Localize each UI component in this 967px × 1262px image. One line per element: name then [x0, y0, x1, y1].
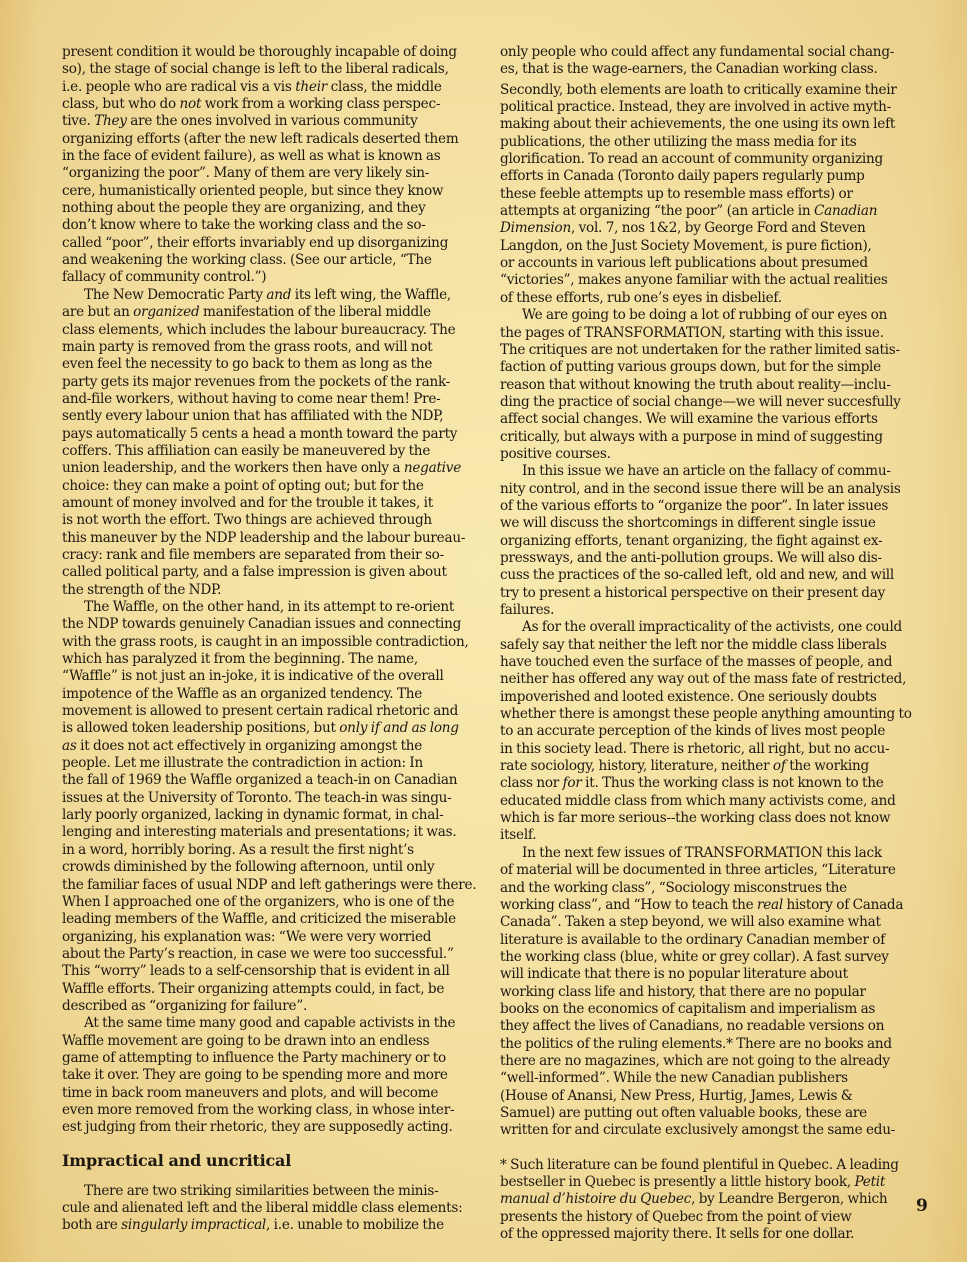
text-line: political practice. Instead, they are in…: [500, 99, 924, 116]
text-line: try to present a historical perspective …: [500, 585, 924, 602]
text-line: est judging from their rhetoric, they ar…: [62, 1119, 474, 1136]
text-line: class nor for it. Thus the working class…: [500, 775, 924, 792]
text-line: At the same time many good and capable a…: [62, 1015, 474, 1032]
text-line: we will discuss the shortcomings in diff…: [500, 515, 924, 532]
text-line: there are no magazines, which are not go…: [500, 1053, 924, 1070]
text-line: of the oppressed majority there. It sell…: [500, 1226, 924, 1243]
section-heading: Impractical and uncritical: [62, 1151, 474, 1171]
text-line: the working class (blue, white or grey c…: [500, 949, 924, 966]
text-line: union leadership, and the workers then h…: [62, 460, 474, 477]
magazine-page: present condition it would be thoroughly…: [0, 0, 967, 1262]
text-line: described as “organizing for failure”.: [62, 998, 474, 1015]
text-line: working class life and history, that the…: [500, 984, 924, 1001]
text-line: attempts at organizing “the poor” (an ar…: [500, 203, 924, 220]
paragraph: As for the overall impracticality of the…: [500, 619, 924, 844]
text-line: both are singularly impractical, i.e. un…: [62, 1217, 474, 1234]
text-line: faction of putting various groups down, …: [500, 359, 924, 376]
text-line: Samuel) are putting out often valuable b…: [500, 1105, 924, 1122]
text-line: The Waffle, on the other hand, in its at…: [62, 599, 474, 616]
text-line: and the working class”, “Sociology misco…: [500, 880, 924, 897]
text-line: books on the economics of capitalism and…: [500, 1001, 924, 1018]
text-line: which is far more serious--the working c…: [500, 810, 924, 827]
text-line: Dimension, vol. 7, nos 1&2, by George Fo…: [500, 220, 924, 237]
text-line: the familiar faces of usual NDP and left…: [62, 877, 474, 894]
text-line: in the face of evident failure), as well…: [62, 148, 474, 165]
text-line: working class”, and “How to teach the re…: [500, 897, 924, 914]
paragraph: Secondly, both elements are loath to cri…: [500, 82, 924, 307]
page-number: 9: [916, 1196, 928, 1216]
text-line: presents the history of Quebec from the …: [500, 1209, 924, 1226]
italic-text: only if and as long: [339, 720, 459, 736]
text-line: the NDP towards genuinely Canadian issue…: [62, 616, 474, 633]
text-line: The New Democratic Party and its left wi…: [62, 287, 474, 304]
text-line: people. Let me illustrate the contradict…: [62, 755, 474, 772]
italic-text: as: [62, 738, 77, 754]
text-line: The critiques are not undertaken for the…: [500, 342, 924, 359]
text-line: impotence of the Waffle as an organized …: [62, 686, 474, 703]
text-line: positive courses.: [500, 446, 924, 463]
paragraph: only people who could affect any fundame…: [500, 44, 924, 79]
text-line: making about their achievements, the one…: [500, 116, 924, 133]
text-line: game of attempting to influence the Part…: [62, 1050, 474, 1067]
text-line: pays automatically 5 cents a head a mont…: [62, 426, 474, 443]
text-line: organizing efforts (after the new left r…: [62, 131, 474, 148]
paragraph: We are going to be doing a lot of rubbin…: [500, 307, 924, 463]
text-line: with the grass roots, is caught in an im…: [62, 634, 474, 651]
italic-text: not: [180, 96, 202, 112]
text-line: As for the overall impracticality of the…: [500, 619, 924, 636]
text-line: Canada”. Taken a step beyond, we will al…: [500, 914, 924, 931]
text-line: present condition it would be thoroughly…: [62, 44, 474, 61]
text-line: will indicate that there is no popular l…: [500, 966, 924, 983]
paragraph: At the same time many good and capable a…: [62, 1015, 474, 1136]
text-line: coffers. This affiliation can easily be …: [62, 443, 474, 460]
text-line: itself.: [500, 827, 924, 844]
italic-text: manual d’histoire du Quebec: [500, 1191, 691, 1207]
text-line: main party is removed from the grass roo…: [62, 339, 474, 356]
text-line: party gets its major revenues from the p…: [62, 374, 474, 391]
text-line: affect social changes. We will examine t…: [500, 411, 924, 428]
text-line: the strength of the NDP.: [62, 582, 474, 599]
text-line: publications, the other utilizing the ma…: [500, 134, 924, 151]
text-line: have touched even the surface of the mas…: [500, 654, 924, 671]
paragraph: The New Democratic Party and its left wi…: [62, 287, 474, 599]
paragraph: The Waffle, on the other hand, in its at…: [62, 599, 474, 1015]
text-line: This “worry” leads to a self-censorship …: [62, 963, 474, 980]
italic-text: negative: [404, 460, 461, 476]
text-line: crowds diminished by the following after…: [62, 859, 474, 876]
text-line: about the Party’s reaction, in case we w…: [62, 946, 474, 963]
text-line: the fall of 1969 the Waffle organized a …: [62, 772, 474, 789]
text-line: the politics of the ruling elements.* Th…: [500, 1036, 924, 1053]
text-line: nothing about the people they are organi…: [62, 200, 474, 217]
paragraph: In the next few issues of TRANSFORMATION…: [500, 845, 924, 1140]
text-line: We are going to be doing a lot of rubbin…: [500, 307, 924, 324]
left-column: present condition it would be thoroughly…: [62, 44, 474, 1235]
paragraph: In this issue we have an article on the …: [500, 463, 924, 619]
text-line: in this society lead. There is rhetoric,…: [500, 741, 924, 758]
text-line: this maneuver by the NDP leadership and …: [62, 530, 474, 547]
text-line: movement is allowed to present certain r…: [62, 703, 474, 720]
text-line: glorification. To read an account of com…: [500, 151, 924, 168]
text-line: cule and alienated left and the liberal …: [62, 1200, 474, 1217]
text-line: Waffle movement are going to be drawn in…: [62, 1033, 474, 1050]
text-line: tive. They are the ones involved in vari…: [62, 113, 474, 130]
right-column: only people who could affect any fundame…: [500, 44, 924, 1243]
text-line: class elements, which includes the labou…: [62, 322, 474, 339]
text-line: There are two striking similarities betw…: [62, 1183, 474, 1200]
text-line: larly poorly organized, lacking in dynam…: [62, 807, 474, 824]
text-line: even more removed from the working class…: [62, 1102, 474, 1119]
text-line: these feeble attempts up to resemble mas…: [500, 186, 924, 203]
text-line: critically, but always with a purpose in…: [500, 429, 924, 446]
text-line: and-file workers, without having to come…: [62, 391, 474, 408]
text-line: cuss the practices of the so-called left…: [500, 567, 924, 584]
text-line: only people who could affect any fundame…: [500, 44, 924, 61]
text-line: (House of Anansi, New Press, Hurtig, Jam…: [500, 1088, 924, 1105]
text-line: reason that without knowing the truth ab…: [500, 377, 924, 394]
text-line: educated middle class from which many ac…: [500, 793, 924, 810]
text-line: * Such literature can be found plentiful…: [500, 1157, 924, 1174]
text-line: failures.: [500, 602, 924, 619]
italic-text: and: [266, 287, 291, 303]
text-line: leading members of the Waffle, and criti…: [62, 911, 474, 928]
text-line: Waffle efforts. Their organizing attempt…: [62, 981, 474, 998]
text-line: of the various efforts to “organize the …: [500, 498, 924, 515]
text-line: is allowed token leadership positions, b…: [62, 720, 474, 737]
text-line: In this issue we have an article on the …: [500, 463, 924, 480]
text-line: efforts in Canada (Toronto daily papers …: [500, 168, 924, 185]
text-line: class, but who do not work from a workin…: [62, 96, 474, 113]
text-line: literature is available to the ordinary …: [500, 932, 924, 949]
text-line: organizing, his explanation was: “We wer…: [62, 929, 474, 946]
text-line: whether there is amongst these people an…: [500, 706, 924, 723]
text-line: issues at the University of Toronto. The…: [62, 790, 474, 807]
text-line: “well-informed”. While the new Canadian …: [500, 1070, 924, 1087]
paragraph: present condition it would be thoroughly…: [62, 44, 474, 287]
text-line: take it over. They are going to be spend…: [62, 1067, 474, 1084]
text-line: ding the practice of social change—we wi…: [500, 394, 924, 411]
text-line: to an accurate perception of the kinds o…: [500, 723, 924, 740]
text-line: so), the stage of social change is left …: [62, 61, 474, 78]
text-line: “organizing the poor”. Many of them are …: [62, 165, 474, 182]
text-line: even feel the necessity to go back to th…: [62, 356, 474, 373]
text-line: are but an organized manifestation of th…: [62, 304, 474, 321]
text-line: sently every labour union that has affil…: [62, 408, 474, 425]
italic-text: their: [295, 79, 327, 95]
text-line: i.e. people who are radical vis a vis th…: [62, 79, 474, 96]
italic-text: organized: [133, 304, 199, 320]
text-line: and weakening the working class. (See ou…: [62, 252, 474, 269]
text-line: of material will be documented in three …: [500, 862, 924, 879]
text-line: impoverished and looted existence. One s…: [500, 689, 924, 706]
text-line: the pages of TRANSFORMATION, starting wi…: [500, 325, 924, 342]
paragraph: There are two striking similarities betw…: [62, 1183, 474, 1235]
text-line: choice: they can make a point of opting …: [62, 478, 474, 495]
text-line: don’t know where to take the working cla…: [62, 217, 474, 234]
text-line: which has paralyzed it from the beginnin…: [62, 651, 474, 668]
text-line: time in back room maneuvers and plots, a…: [62, 1085, 474, 1102]
italic-text: Canadian: [814, 203, 877, 219]
italic-text: They: [94, 113, 127, 129]
text-line: Secondly, both elements are loath to cri…: [500, 82, 924, 99]
text-line: as it does not act effectively in organi…: [62, 738, 474, 755]
text-line: pressways, and the anti-pollution groups…: [500, 550, 924, 567]
text-line: neither has offered any way out of the m…: [500, 671, 924, 688]
text-line: safely say that neither the left nor the…: [500, 637, 924, 654]
text-line: When I approached one of the organizers,…: [62, 894, 474, 911]
text-line: “victories”, makes anyone familiar with …: [500, 272, 924, 289]
italic-text: of: [773, 758, 786, 774]
italic-text: Dimension: [500, 220, 571, 236]
text-line: called political party, and a false impr…: [62, 564, 474, 581]
text-line: “Waffle” is not just an in-joke, it is i…: [62, 668, 474, 685]
italic-text: real: [757, 897, 783, 913]
text-line: lenging and interesting materials and pr…: [62, 824, 474, 841]
text-line: rate sociology, history, literature, nei…: [500, 758, 924, 775]
text-line: manual d’histoire du Quebec, by Leandre …: [500, 1191, 924, 1208]
text-line: es, that is the wage-earners, the Canadi…: [500, 61, 924, 78]
text-line: they affect the lives of Canadians, no r…: [500, 1018, 924, 1035]
text-line: cere, humanistically oriented people, bu…: [62, 183, 474, 200]
italic-text: for: [563, 775, 582, 791]
italic-text: Petit: [854, 1174, 885, 1190]
text-line: cracy: rank and file members are separat…: [62, 547, 474, 564]
italic-text: singularly impractical: [121, 1217, 266, 1233]
text-line: is not worth the effort. Two things are …: [62, 512, 474, 529]
text-line: In the next few issues of TRANSFORMATION…: [500, 845, 924, 862]
text-line: called “poor”, their efforts invariably …: [62, 235, 474, 252]
text-line: Langdon, on the Just Society Movement, i…: [500, 238, 924, 255]
footnote: * Such literature can be found plentiful…: [500, 1157, 924, 1244]
text-line: of these efforts, rub one’s eyes in disb…: [500, 290, 924, 307]
text-line: organizing efforts, tenant organizing, t…: [500, 533, 924, 550]
text-line: bestseller in Quebec is presently a litt…: [500, 1174, 924, 1191]
text-line: in a word, horribly boring. As a result …: [62, 842, 474, 859]
text-line: fallacy of community control.”): [62, 269, 474, 286]
text-line: amount of money involved and for the tro…: [62, 495, 474, 512]
text-line: written for and circulate exclusively am…: [500, 1122, 924, 1139]
text-line: or accounts in various left publications…: [500, 255, 924, 272]
text-line: nity control, and in the second issue th…: [500, 481, 924, 498]
